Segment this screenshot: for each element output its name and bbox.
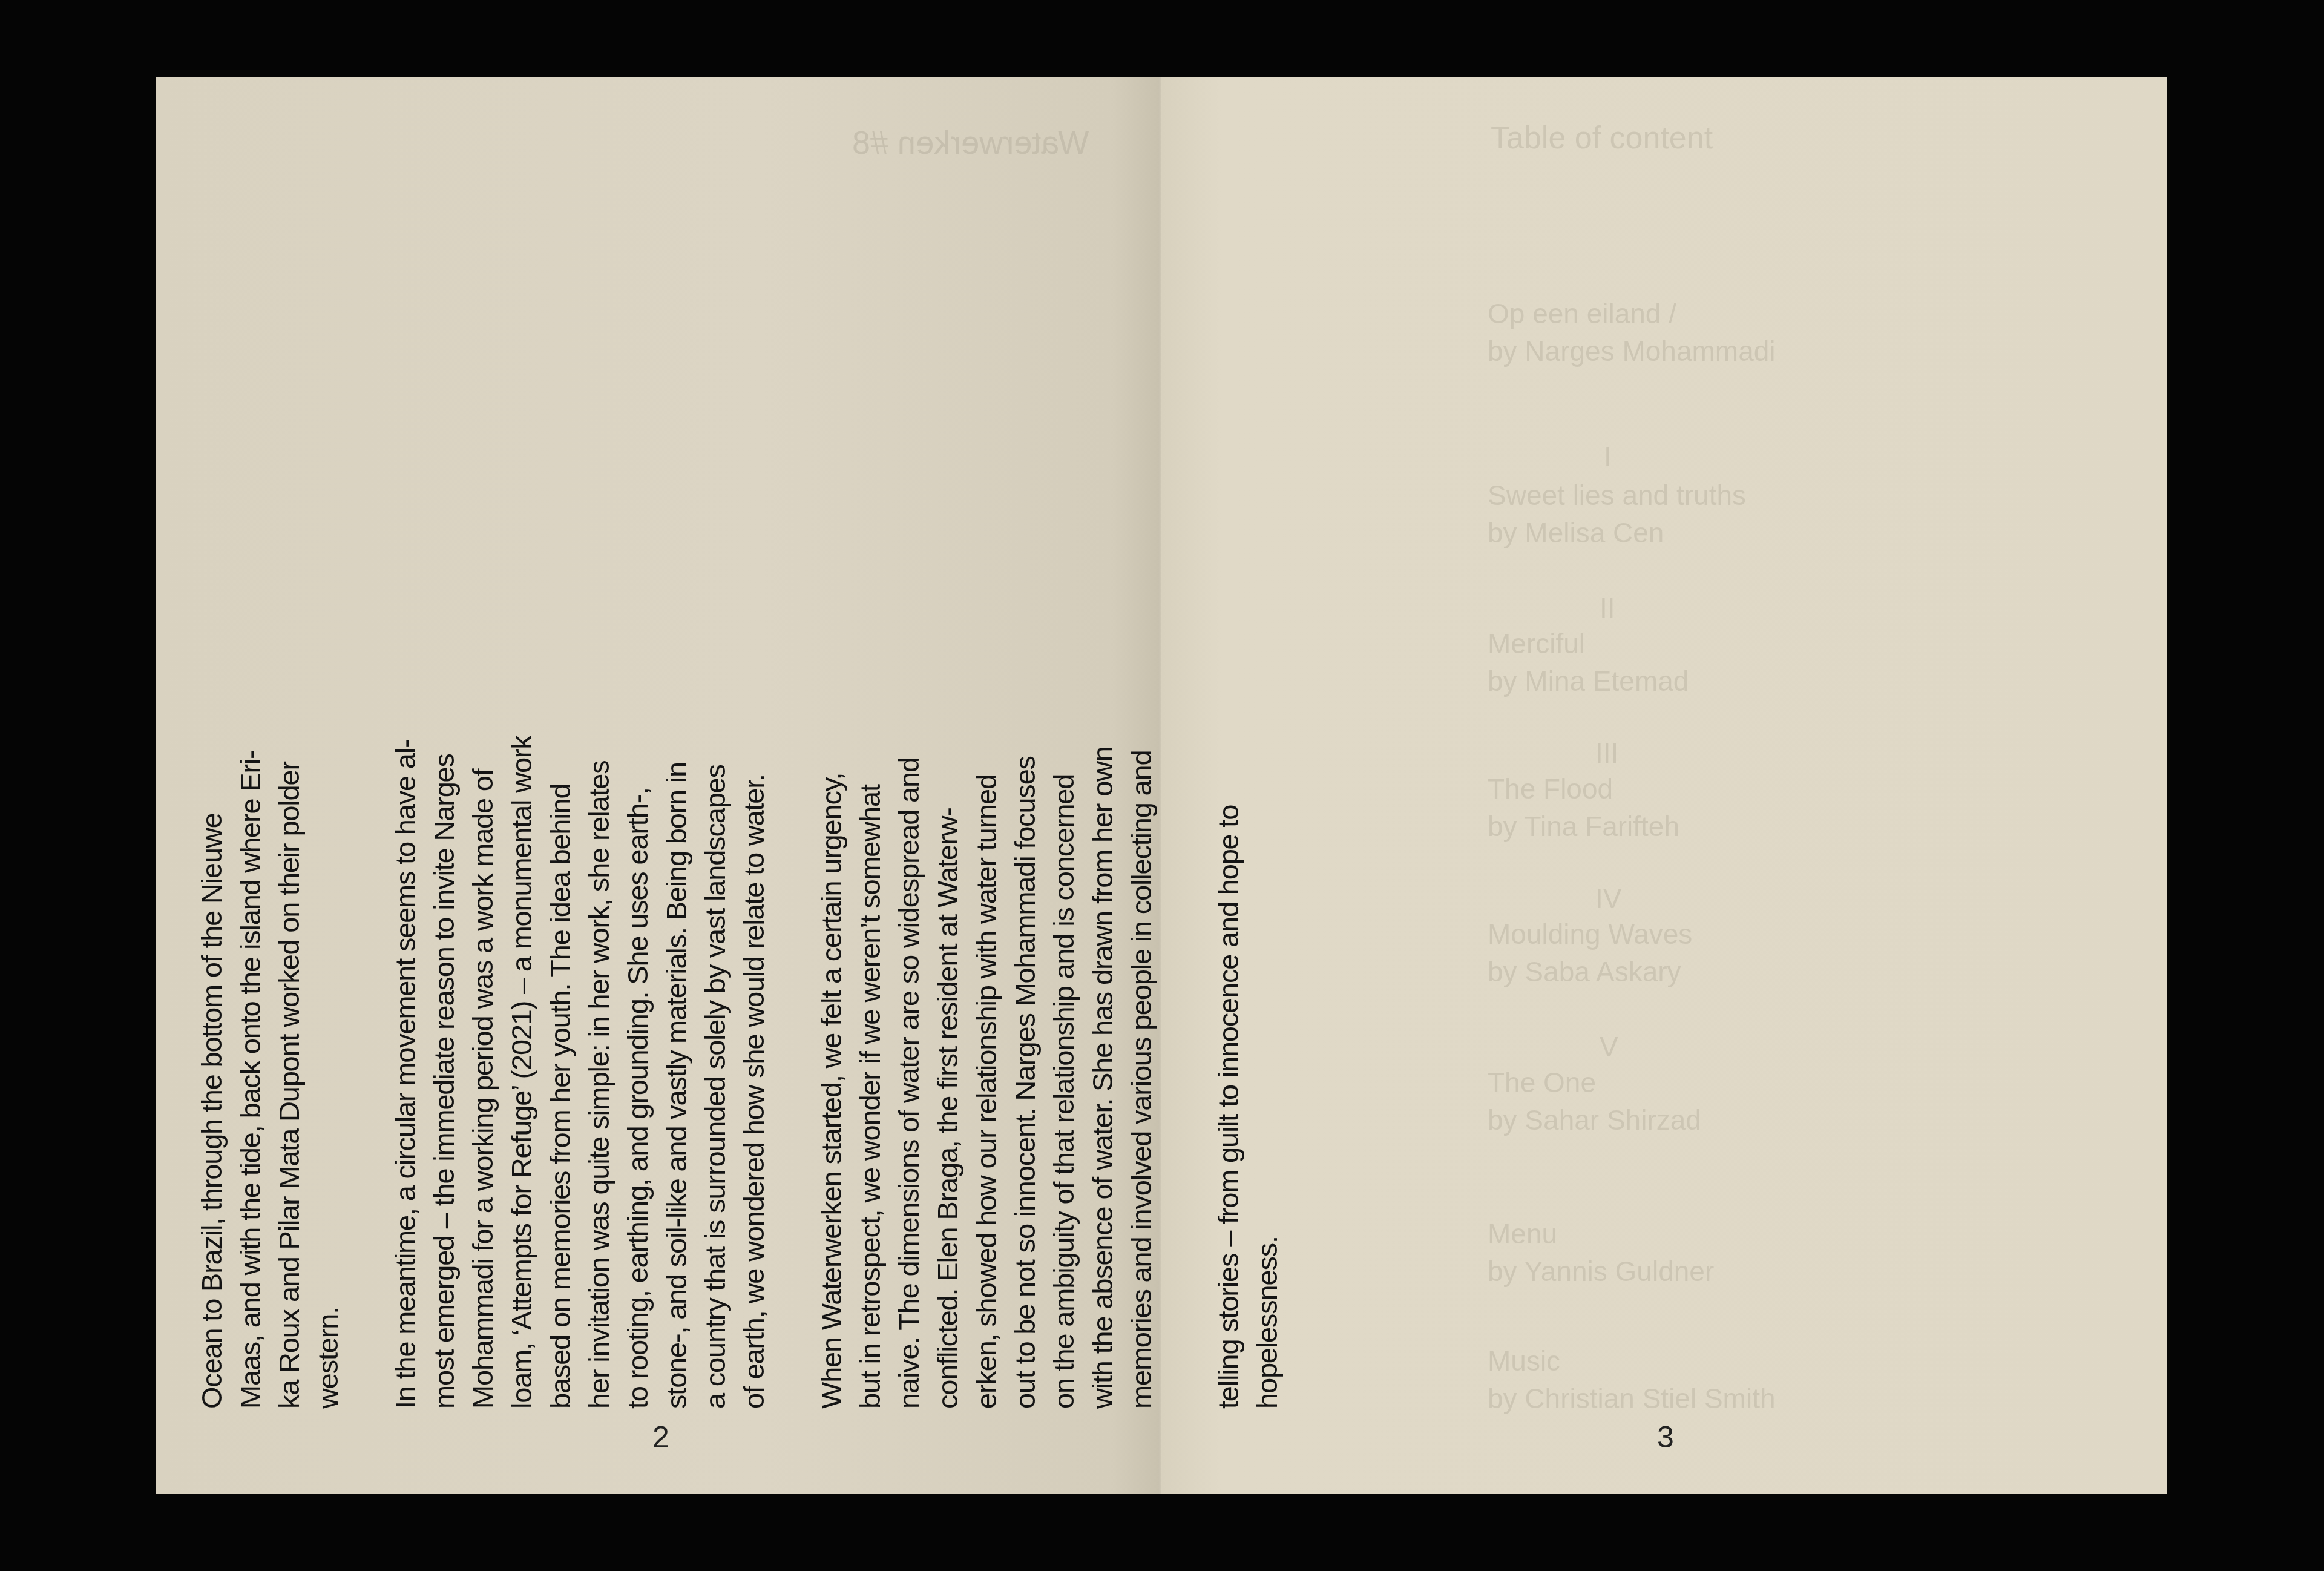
toc-entry-title: Merciful bbox=[1488, 625, 1585, 662]
toc-entry-author: by Mina Etemad bbox=[1488, 662, 1689, 700]
toc-entry-title: The One bbox=[1488, 1064, 1596, 1101]
text-line: on the ambiguity of that relationship an… bbox=[1045, 736, 1083, 1409]
toc-entry-title: The Flood bbox=[1488, 770, 1613, 808]
text-line: loam, ‘Attempts for Refuge’ (2021) – a m… bbox=[502, 736, 541, 1409]
text-line: stone-, and soil-like and vastly materia… bbox=[657, 736, 696, 1409]
toc-entry-author: by Melisa Cen bbox=[1488, 514, 1664, 552]
text-line: When Waterwerken started, we felt a cert… bbox=[812, 736, 851, 1409]
toc-entry-author: by Narges Mohammadi bbox=[1488, 332, 1776, 370]
paragraph-continuation: telling stories – from guilt to innocenc… bbox=[1209, 805, 1287, 1409]
book-spread: Waterwerken #8 Ocean to Brazil, through … bbox=[156, 77, 2167, 1494]
text-line: with the absence of water. She has drawn… bbox=[1083, 736, 1122, 1409]
page-number-left: 2 bbox=[652, 1420, 669, 1455]
toc-entry-number: II bbox=[1600, 591, 1615, 624]
toc-entry-number: III bbox=[1595, 737, 1618, 769]
text-line: telling stories – from guilt to innocenc… bbox=[1209, 805, 1248, 1409]
toc-entry-title: Menu bbox=[1488, 1215, 1557, 1253]
left-page: Waterwerken #8 Ocean to Brazil, through … bbox=[156, 77, 1161, 1494]
running-header-showthrough: Waterwerken #8 bbox=[852, 124, 1089, 162]
paragraph-2: In the meantime, a circular movement see… bbox=[386, 736, 773, 1409]
text-line: Mohammadi for a working period was a wor… bbox=[464, 736, 502, 1409]
toc-title-showthrough: Table of content bbox=[1491, 119, 1713, 157]
text-line: Maas, and with the tide, back onto the i… bbox=[231, 736, 270, 1409]
paragraph-1: Ocean to Brazil, through the bottom of t… bbox=[192, 736, 347, 1409]
toc-entry-title: Music bbox=[1488, 1342, 1560, 1380]
text-line: conflicted. Elen Braga, the first reside… bbox=[928, 736, 967, 1409]
text-line: a country that is surrounded solely by v… bbox=[696, 736, 735, 1409]
toc-entry-number: V bbox=[1600, 1030, 1618, 1063]
text-line: hopelessness. bbox=[1248, 805, 1287, 1409]
paragraph-3: When Waterwerken started, we felt a cert… bbox=[812, 736, 1161, 1409]
text-line: out to be not so innocent. Narges Mohamm… bbox=[1006, 736, 1045, 1409]
toc-entry-title: Sweet lies and truths bbox=[1488, 476, 1746, 514]
right-page: Table of content Op een eiland / by Narg… bbox=[1161, 77, 2167, 1494]
toc-entry-author: by Sahar Shirzad bbox=[1488, 1101, 1701, 1139]
text-line: western. bbox=[309, 736, 347, 1409]
page-number-right: 3 bbox=[1657, 1420, 1674, 1455]
toc-entry-number: IV bbox=[1595, 882, 1621, 915]
toc-entry-author: by Yannis Guldner bbox=[1488, 1253, 1714, 1290]
text-line: based on memories from her youth. The id… bbox=[541, 736, 580, 1409]
text-line: naive. The dimensions of water are so wi… bbox=[890, 736, 928, 1409]
toc-entry-author: by Saba Askary bbox=[1488, 953, 1681, 990]
text-line: her invitation was quite simple: in her … bbox=[580, 736, 619, 1409]
toc-entry-author: by Tina Farifteh bbox=[1488, 808, 1679, 845]
text-line: memories and involved various people in … bbox=[1122, 736, 1161, 1409]
text-line: but in retrospect, we wonder if we weren… bbox=[851, 736, 890, 1409]
toc-entry-author: by Christian Stiel Smith bbox=[1488, 1380, 1776, 1417]
toc-entry-title: Op een eiland / bbox=[1488, 295, 1676, 332]
text-line: of earth, we wondered how she would rela… bbox=[735, 736, 773, 1409]
text-line: erken, showed how our relationship with … bbox=[967, 736, 1006, 1409]
text-line: most emerged – the immediate reason to i… bbox=[425, 736, 464, 1409]
right-page-body: telling stories – from guilt to innocenc… bbox=[1209, 805, 1325, 1409]
left-page-body: Ocean to Brazil, through the bottom of t… bbox=[192, 736, 1200, 1409]
text-line: In the meantime, a circular movement see… bbox=[386, 736, 425, 1409]
toc-entry-number: I bbox=[1604, 440, 1612, 473]
text-line: ka Roux and Pilar Mata Dupont worked on … bbox=[270, 736, 309, 1409]
text-line: Ocean to Brazil, through the bottom of t… bbox=[192, 736, 231, 1409]
text-line: to rooting, earthing, and grounding. She… bbox=[619, 736, 657, 1409]
toc-entry-title: Moulding Waves bbox=[1488, 915, 1692, 953]
